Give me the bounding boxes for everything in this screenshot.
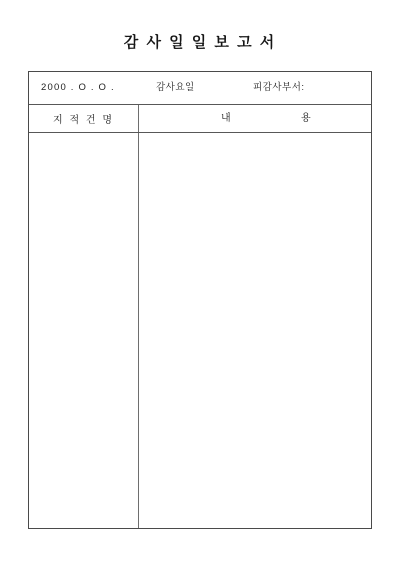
- content-header-char-left: 내: [221, 105, 231, 132]
- report-form-table: 2000 . O . O . 감사요일 피감사부서: 지 적 건 명 내 용: [28, 71, 372, 529]
- audit-date-field: 2000 . O . O .: [41, 72, 115, 104]
- document-title: 감 사 일 일 보 고 서: [0, 31, 400, 52]
- content-header-char-right: 용: [301, 105, 311, 132]
- form-header-row: 2000 . O . O . 감사요일 피감사부서:: [29, 72, 371, 105]
- content-column-header: 내 용: [139, 105, 371, 132]
- audit-weekday-label: 감사요일: [156, 72, 195, 104]
- issue-body-cell: [29, 133, 139, 528]
- audited-department-label: 피감사부서:: [253, 72, 305, 104]
- form-body-row: [29, 133, 371, 528]
- report-document-page: 감 사 일 일 보 고 서 2000 . O . O . 감사요일 피감사부서:…: [0, 0, 400, 565]
- column-header-row: 지 적 건 명 내 용: [29, 105, 371, 133]
- issue-column-header: 지 적 건 명: [29, 105, 139, 132]
- content-body-cell: [139, 133, 371, 528]
